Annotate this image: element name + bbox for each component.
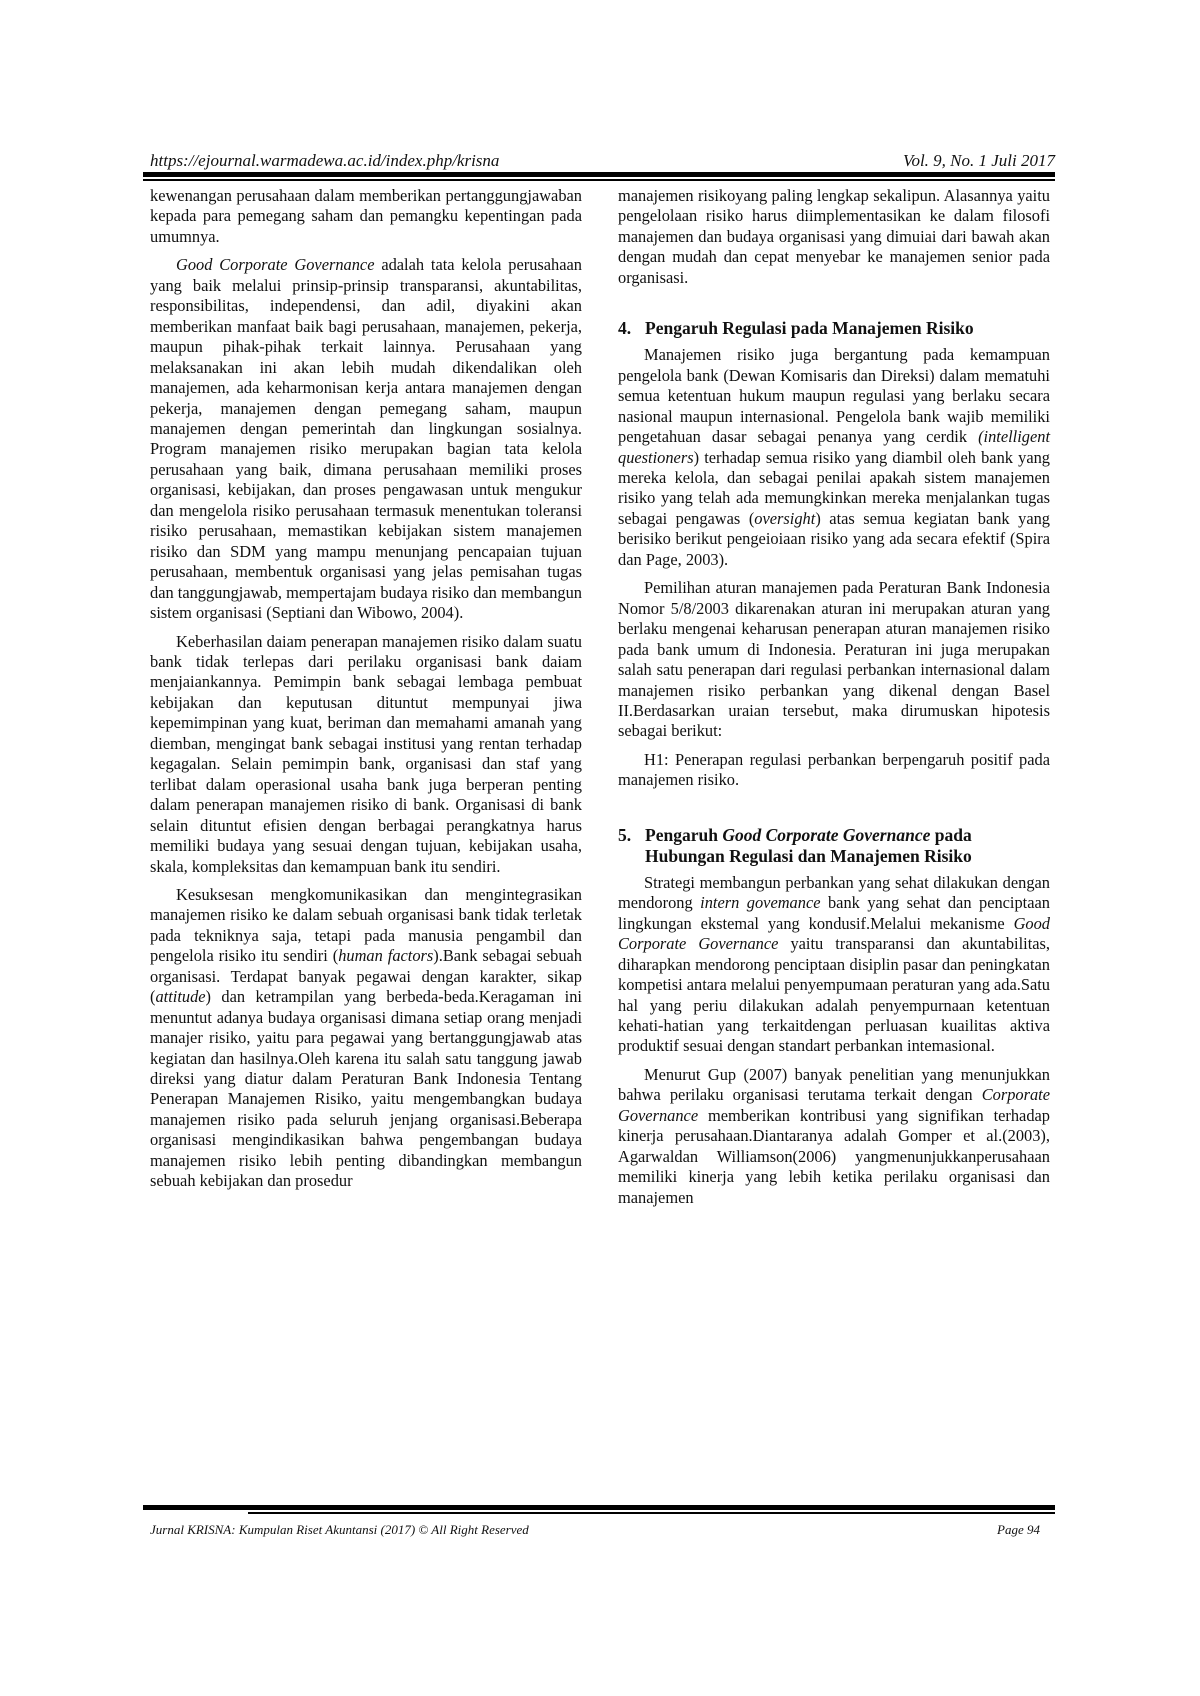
volume-issue: Vol. 9, No. 1 Juli 2017 (903, 150, 1055, 172)
section-4-heading: 4. Pengaruh Regulasi pada Manajemen Risi… (618, 318, 1050, 339)
text-run: manajemen risikoyang paling lengkap seka… (618, 186, 1050, 287)
paragraph: Pemilihan aturan manajemen pada Peratura… (618, 578, 1050, 742)
section-5-number: 5. (618, 825, 645, 867)
footer-rule-thin (248, 1512, 1055, 1514)
italic-term: intern govemance (700, 893, 820, 912)
intro-paragraph-container: manajemen risikoyang paling lengkap seka… (618, 186, 1050, 288)
running-footer: Jurnal KRISNA: Kumpulan Riset Akuntansi … (150, 1520, 1040, 1540)
text-run: ) dan ketrampilan yang berbeda-beda.Kera… (150, 987, 582, 1190)
paragraph: Good Corporate Governance adalah tata ke… (150, 255, 582, 623)
italic-term: attitude (155, 987, 205, 1006)
text-run: Keberhasilan daiam penerapan manajemen r… (150, 632, 582, 876)
paragraph: H1: Penerapan regulasi perbankan berpeng… (618, 750, 1050, 791)
italic-term: Good Corporate Governance (176, 255, 374, 274)
left-column: kewenangan perusahaan dalam memberikan p… (150, 186, 582, 1200)
running-header: https://ejournal.warmadewa.ac.id/index.p… (150, 150, 1055, 172)
right-column: manajemen risikoyang paling lengkap seka… (618, 186, 1050, 1216)
text-run: kewenangan perusahaan dalam memberikan p… (150, 186, 582, 246)
journal-url[interactable]: https://ejournal.warmadewa.ac.id/index.p… (150, 150, 499, 172)
journal-page: https://ejournal.warmadewa.ac.id/index.p… (0, 0, 1200, 1696)
section-5-heading: 5. Pengaruh Good Corporate Governance pa… (618, 825, 1050, 867)
paragraph: Manajemen risiko juga bergantung pada ke… (618, 345, 1050, 570)
section-4-number: 4. (618, 318, 645, 339)
paragraph: kewenangan perusahaan dalam memberikan p… (150, 186, 582, 247)
text-run: adalah tata kelola perusahaan yang baik … (150, 255, 582, 622)
italic-term: human factors (338, 946, 433, 965)
header-rule-thin (143, 179, 1055, 181)
section-5-title: Pengaruh Good Corporate Governance pada … (645, 825, 1050, 867)
journal-copyright: Jurnal KRISNA: Kumpulan Riset Akuntansi … (150, 1520, 529, 1540)
paragraph: Keberhasilan daiam penerapan manajemen r… (150, 632, 582, 877)
footer-rule-thick (143, 1505, 1055, 1510)
page-number: Page 94 (997, 1520, 1040, 1540)
text-run: Pemilihan aturan manajemen pada Peratura… (618, 578, 1050, 740)
italic-term: oversight (754, 509, 815, 528)
paragraph: manajemen risikoyang paling lengkap seka… (618, 186, 1050, 288)
paragraph: Menurut Gup (2007) banyak penelitian yan… (618, 1065, 1050, 1208)
text-run: H1: Penerapan regulasi perbankan berpeng… (618, 750, 1050, 789)
paragraph: Strategi membangun perbankan yang sehat … (618, 873, 1050, 1057)
section-4-title: Pengaruh Regulasi pada Manajemen Risiko (645, 318, 1050, 339)
section-4-body: Manajemen risiko juga bergantung pada ke… (618, 345, 1050, 791)
paragraph: Kesuksesan mengkomunikasikan dan mengint… (150, 885, 582, 1192)
section-5-body: Strategi membangun perbankan yang sehat … (618, 873, 1050, 1208)
header-rule-thick (143, 172, 1055, 177)
